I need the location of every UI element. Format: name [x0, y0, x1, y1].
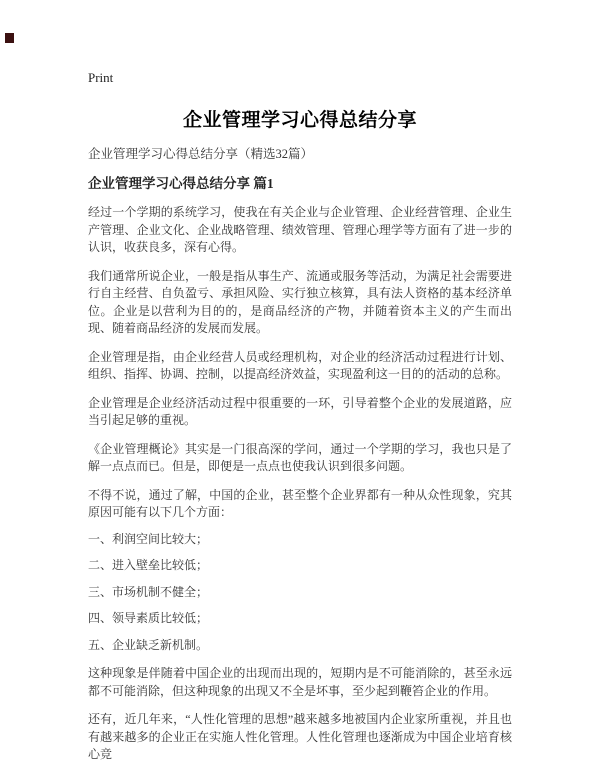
page-title: 企业管理学习心得总结分享 — [88, 105, 512, 132]
page: { "page": { "print_label": "Print", "mar… — [0, 0, 600, 776]
paragraph: 企业管理是企业经济活动过程中很重要的一环，引导着整个企业的发展道路，应当引起足够… — [88, 395, 512, 430]
paragraph: 不得不说，通过了解，中国的企业，甚至整个企业界都有一种从众性现象，究其原因可能有… — [88, 487, 512, 522]
print-link[interactable]: Print — [88, 70, 113, 86]
list-item: 二、进入壁垒比较低； — [88, 557, 512, 575]
paragraph: 《企业管理概论》其实是一门很高深的学问，通过一个学期的学习，我也只是了解一点点而… — [88, 441, 512, 476]
paragraph: 我们通常所说企业，一般是指从事生产、流通或服务等活动，为满足社会需要进行自主经营… — [88, 268, 512, 338]
list-item: 四、领导素质比较低； — [88, 610, 512, 628]
list-item: 一、利润空间比较大； — [88, 531, 512, 549]
paragraph: 企业管理是指，由企业经营人员或经理机构，对企业的经济活动过程进行计划、组织、指挥… — [88, 349, 512, 384]
list-item: 三、市场机制不健全； — [88, 584, 512, 602]
paragraph: 经过一个学期的系统学习，使我在有关企业与企业管理、企业经营管理、企业生产管理、企… — [88, 204, 512, 257]
paragraph: 这种现象是伴随着中国企业的出现而出现的，短期内是不可能消除的，甚至永远都不可能消… — [88, 665, 512, 700]
corner-marker-icon — [5, 33, 14, 43]
article-content: Print 企业管理学习心得总结分享 企业管理学习心得总结分享（精选32篇） 企… — [88, 0, 512, 764]
article-subtitle: 企业管理学习心得总结分享（精选32篇） — [88, 146, 512, 163]
list-item: 五、企业缺乏新机制。 — [88, 637, 512, 655]
paragraph: 还有，近几年来，“人性化管理的思想”越来越多地被国内企业家所重视，并且也有越来越… — [88, 711, 512, 764]
reason-list: 一、利润空间比较大； 二、进入壁垒比较低； 三、市场机制不健全； 四、领导素质比… — [88, 531, 512, 655]
section-heading: 企业管理学习心得总结分享 篇1 — [88, 175, 512, 193]
